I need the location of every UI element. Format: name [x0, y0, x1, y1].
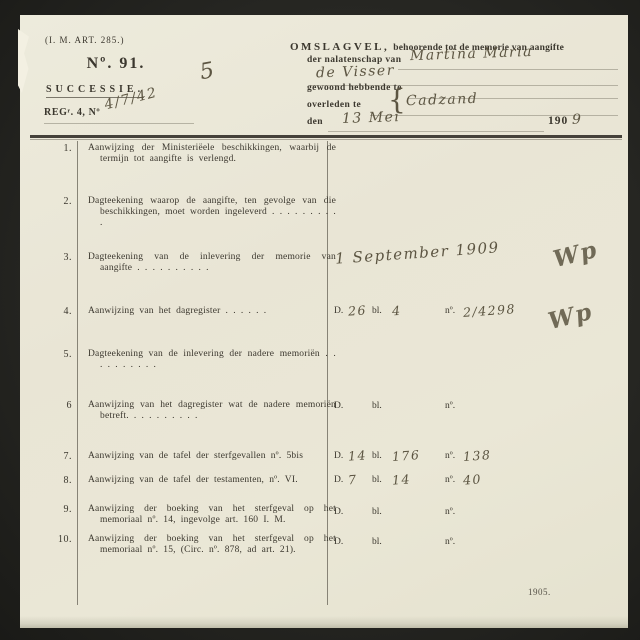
row-description: Dagteekening van de inlevering der nader…	[88, 349, 336, 371]
row-number: 9.	[42, 504, 72, 515]
form-year: 1905.	[528, 587, 551, 597]
ref-label-no: nº.	[445, 537, 455, 547]
ref-label-bl: bl.	[372, 401, 382, 411]
entry-date-handwritten: 1 September 1909	[335, 238, 501, 267]
row-description: Aanwijzing der boeking van het sterfgeva…	[88, 504, 336, 526]
register-underline	[44, 123, 194, 124]
row-description: Aanwijzing van het dagregister . . . . .…	[88, 306, 336, 317]
row-description: Aanwijzing der Ministeriëele beschikking…	[88, 143, 336, 165]
register-reference-line: D. bl. nº.	[334, 401, 626, 417]
row-number: 6	[42, 400, 72, 411]
row-number: 8.	[42, 475, 72, 486]
art-reference: (I. M. ART. 285.)	[45, 35, 125, 45]
ref-value-bl: 14	[391, 471, 411, 487]
row-number: 7.	[42, 451, 72, 462]
date-handwritten: 13 Mei	[342, 109, 401, 127]
row-description: Aanwijzing van het dagregister wat de na…	[88, 400, 336, 422]
ref-label-bl: bl.	[372, 475, 382, 485]
table-vline-left	[77, 141, 78, 605]
died-at-label: overleden te	[307, 100, 361, 110]
ref-label-no: nº.	[445, 507, 455, 517]
ref-label-bl: bl.	[372, 537, 382, 547]
row-number: 3.	[42, 252, 72, 263]
ref-label-d: D.	[334, 451, 343, 461]
register-reference-line: D. 14 bl. 176 nº. 138	[334, 451, 626, 467]
row-description: Dagteekening waarop de aangifte, ten gev…	[88, 196, 336, 229]
date-label: den	[307, 117, 323, 127]
ref-label-bl: bl.	[372, 306, 382, 316]
ref-value-d: 26	[347, 302, 367, 318]
row-number: 10.	[42, 534, 72, 545]
deceased-name-line2-handwritten: de Visser	[316, 63, 395, 82]
ref-value-no: 138	[463, 447, 492, 464]
ref-label-d: D.	[334, 507, 343, 517]
ref-value-d: 14	[347, 447, 367, 463]
register-reference-line: D. bl. nº.	[334, 507, 626, 523]
date-rule	[328, 131, 544, 132]
row-description: Aanwijzing der boeking van het sterfgeva…	[88, 534, 336, 556]
register-reference-line: D. bl. nº.	[334, 537, 626, 553]
torn-paper-edge	[18, 29, 29, 93]
row-number: 1.	[42, 143, 72, 154]
header-rule-thick	[30, 135, 622, 138]
year-handwritten: 9	[572, 112, 582, 128]
ref-value-no: 40	[462, 471, 482, 487]
ref-label-bl: bl.	[372, 507, 382, 517]
paraph-handwritten: Wp	[545, 298, 595, 335]
document-paper: (I. M. ART. 285.) Nº. 91. SUCCESSIE. REG…	[20, 15, 628, 628]
year-printed: 190	[548, 115, 568, 127]
loose-mark-handwritten: 5	[198, 58, 218, 85]
ref-label-bl: bl.	[372, 451, 382, 461]
place-handwritten: Cadzand	[406, 91, 479, 110]
ref-value-bl: 176	[392, 447, 421, 464]
ref-label-no: nº.	[445, 401, 455, 411]
paraph-handwritten: Wp	[550, 236, 600, 273]
ref-value-d: 7	[347, 472, 357, 488]
register-label: REGʳ. 4, Nº	[44, 107, 100, 118]
row-description: Dagteekening van de inlevering der memor…	[88, 252, 336, 274]
row-number: 4.	[42, 306, 72, 317]
row-description: Aanwijzing van de tafel der sterfgevalle…	[88, 451, 336, 462]
ref-label-no: nº.	[445, 475, 455, 485]
row-number: 2.	[42, 196, 72, 207]
ref-value-bl: 4	[391, 303, 401, 319]
header-rule-thin	[30, 139, 622, 140]
dossier-number: Nº. 91.	[60, 55, 172, 73]
ref-value-no: 2/4298	[463, 301, 517, 320]
row-number: 5.	[42, 349, 72, 360]
ref-label-d: D.	[334, 401, 343, 411]
deceased-name-line1-handwritten: Martina Maria	[410, 44, 533, 64]
form-title: OMSLAGVEL,	[290, 41, 389, 53]
ref-label-no: nº.	[445, 451, 455, 461]
ref-label-d: D.	[334, 306, 343, 316]
ref-label-no: nº.	[445, 306, 455, 316]
row-description: Aanwijzing van de tafel der testamenten,…	[88, 475, 336, 486]
name-rule-1	[398, 69, 618, 70]
register-reference-line: D. 7 bl. 14 nº. 40	[334, 475, 626, 491]
scan-background: (I. M. ART. 285.) Nº. 91. SUCCESSIE. REG…	[0, 0, 640, 640]
ref-label-d: D.	[334, 537, 343, 547]
ref-label-d: D.	[334, 475, 343, 485]
